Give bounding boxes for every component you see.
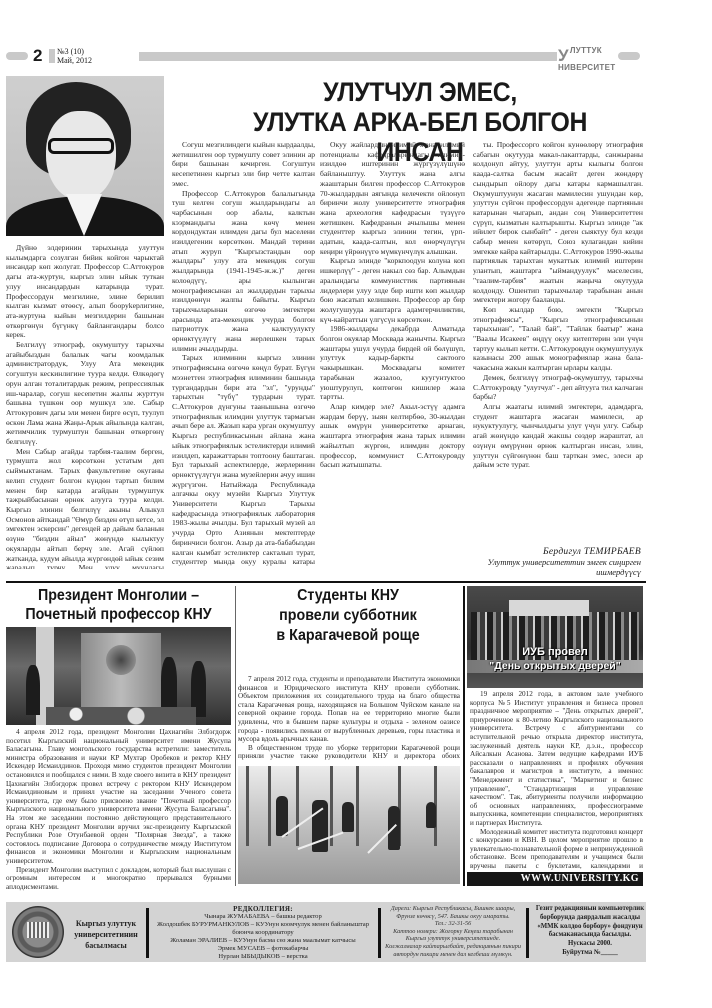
paragraph: Согуш мезгилиндеги кыйын кырдаалды, жети… <box>172 140 315 189</box>
editorial-line: Нурлан ЫБЫДЫКОВ – верстка <box>150 953 376 961</box>
publisher-name: Кыргыз улуттук университетинин басылмасы <box>70 918 142 951</box>
paragraph: Кыргыз элинде "коркпоодун колуна коп ишк… <box>320 256 465 324</box>
paragraph: 7 апреля 2012 года, студенты и преподава… <box>238 675 460 744</box>
footer-divider <box>146 908 149 958</box>
issue-info: №3 (10) Май, 2012 <box>57 47 92 65</box>
header-bar <box>139 52 557 61</box>
paragraph: Алар кимдер эле? Акыл-эстүү адамга жарда… <box>320 402 465 470</box>
page-header: 2 №3 (10) Май, 2012 У ЛУТТУК НИВЕРСИТЕТ <box>6 47 660 65</box>
mongolia-event-photo <box>6 627 231 725</box>
section-divider <box>6 581 646 583</box>
header-decor-right <box>618 52 640 60</box>
portrait-photo <box>6 76 164 236</box>
paragraph: 1986-жылдары декабрда Алматыда болгон ок… <box>320 324 465 402</box>
editorial-line: Эрмек МУСАЕВ – фотокабарчы <box>150 945 376 953</box>
editorial-line: Чынара ЖУМАБАЕВА – башкы редактор <box>150 913 376 921</box>
paragraph: Тарых илиминин кыргыз элинин этнографияс… <box>172 353 315 570</box>
newspaper-logo: У ЛУТТУК НИВЕРСИТЕТ <box>558 47 616 65</box>
author-signature: Бердигул ТЕМИРБАЕВ Улуттук университетти… <box>473 547 641 577</box>
subbotnik-article-body: 7 апреля 2012 года, студенты и преподава… <box>238 675 460 763</box>
subbotnik-headline: Студенты КНУ провели субботник в Карагач… <box>246 586 450 646</box>
footer-divider <box>526 908 529 958</box>
column-divider <box>235 586 236 886</box>
paragraph: Дүйнө элдеринин тарыхында улуттун кылымд… <box>6 243 164 340</box>
mongolia-article-body: 4 апреля 2012 года, президент Монголии Ц… <box>6 728 231 893</box>
editorial-line: Жолдошбек БУРУРМАНКУЛОВ – КУУнун коомчул… <box>150 921 376 937</box>
editorial-line: Жоламан ЭРАЛИЕВ – КУУнун басма сөз жана … <box>150 937 376 945</box>
paragraph: Окуу жайлардын илимий жана илимий потенц… <box>320 140 465 256</box>
page-number: 2 <box>33 47 42 65</box>
paragraph: ты. Профессорго койгон кунөөлөрү этногра… <box>473 140 643 305</box>
issue-number: №3 (10) <box>57 47 92 56</box>
article-column-4: ты. Профессорго койгон кунөөлөрү этногра… <box>473 140 643 518</box>
paragraph: 4 апреля 2012 года, президент Монголии Ц… <box>6 728 231 866</box>
article-column-3: Окуу жайлардын илимий жана илимий потенц… <box>320 140 465 570</box>
paragraph: Белгилүү этнограф, окумуштуу тарыхчы ага… <box>6 340 164 447</box>
university-seal-icon <box>12 906 64 958</box>
print-info: Гезит редакциянын компьютерлик борборунд… <box>531 905 649 958</box>
author-title: Улуттук университеттин эмгек сиңирген иш… <box>473 557 641 577</box>
header-decor-small <box>49 49 55 63</box>
paragraph: В общественном труде по уборке территори… <box>238 744 460 763</box>
paragraph: Демек, белгилүү этнограф-окумуштуу, тары… <box>473 373 643 402</box>
website-link[interactable]: WWW.UNIVERSITY.KG <box>467 872 643 886</box>
subbotnik-photo <box>238 766 460 884</box>
author-name: Бердигул ТЕМИРБАЕВ <box>473 547 641 557</box>
paragraph: Көп жылдар бою, эмгекти "Кыргыз этнограф… <box>473 305 643 373</box>
paragraph: Президент Монголии выступил с докладом, … <box>6 866 231 892</box>
mongolia-headline: Президент Монголии – Почетный профессор … <box>15 586 222 624</box>
iub-headline-line-2: "День открытых дверей" <box>467 660 643 673</box>
paragraph: 19 апреля 2012 года, в актовом зале учеб… <box>470 690 643 828</box>
article-column-1: Дүйнө элдеринин тарыхында улуттун кылымд… <box>6 243 164 569</box>
paragraph: Профессор С.Аттокуров балалыгында туш ке… <box>172 189 315 354</box>
iub-headline-line-1: ИУБ провел <box>467 646 643 659</box>
footer-divider <box>378 908 381 958</box>
headline-line-1: УЛУТЧУЛ ЭМЕС, <box>208 77 631 107</box>
editorial-title: РЕДКОЛЛЕГИЯ: <box>150 905 376 913</box>
paragraph: Алгы жаатагы илимий эмгектери, адамдарга… <box>473 402 643 470</box>
paragraph: Мен Сабыр агайды тарбия-таалим берген, т… <box>6 447 164 569</box>
paragraph: Молодежный комитет института подготовил … <box>470 828 643 871</box>
header-decor-left <box>6 52 28 60</box>
masthead-footer: Кыргыз улуттук университетинин басылмасы… <box>6 902 646 962</box>
issue-date: Май, 2012 <box>57 56 92 65</box>
column-divider <box>463 586 465 886</box>
logo-initial: У <box>558 47 569 64</box>
article-column-2: Согуш мезгилиндеги кыйын кырдаалды, жети… <box>172 140 315 570</box>
editorial-address: Дареги: Кыргыз Республикасы, Бишкек шаар… <box>382 905 524 958</box>
iub-article-body: 19 апреля 2012 года, в актовом зале учеб… <box>470 690 643 870</box>
editorial-board: РЕДКОЛЛЕГИЯ: Чынара ЖУМАБАЕВА – башкы ре… <box>150 905 376 961</box>
iub-group-photo: ИУБ провел "День открытых дверей" <box>467 586 643 688</box>
